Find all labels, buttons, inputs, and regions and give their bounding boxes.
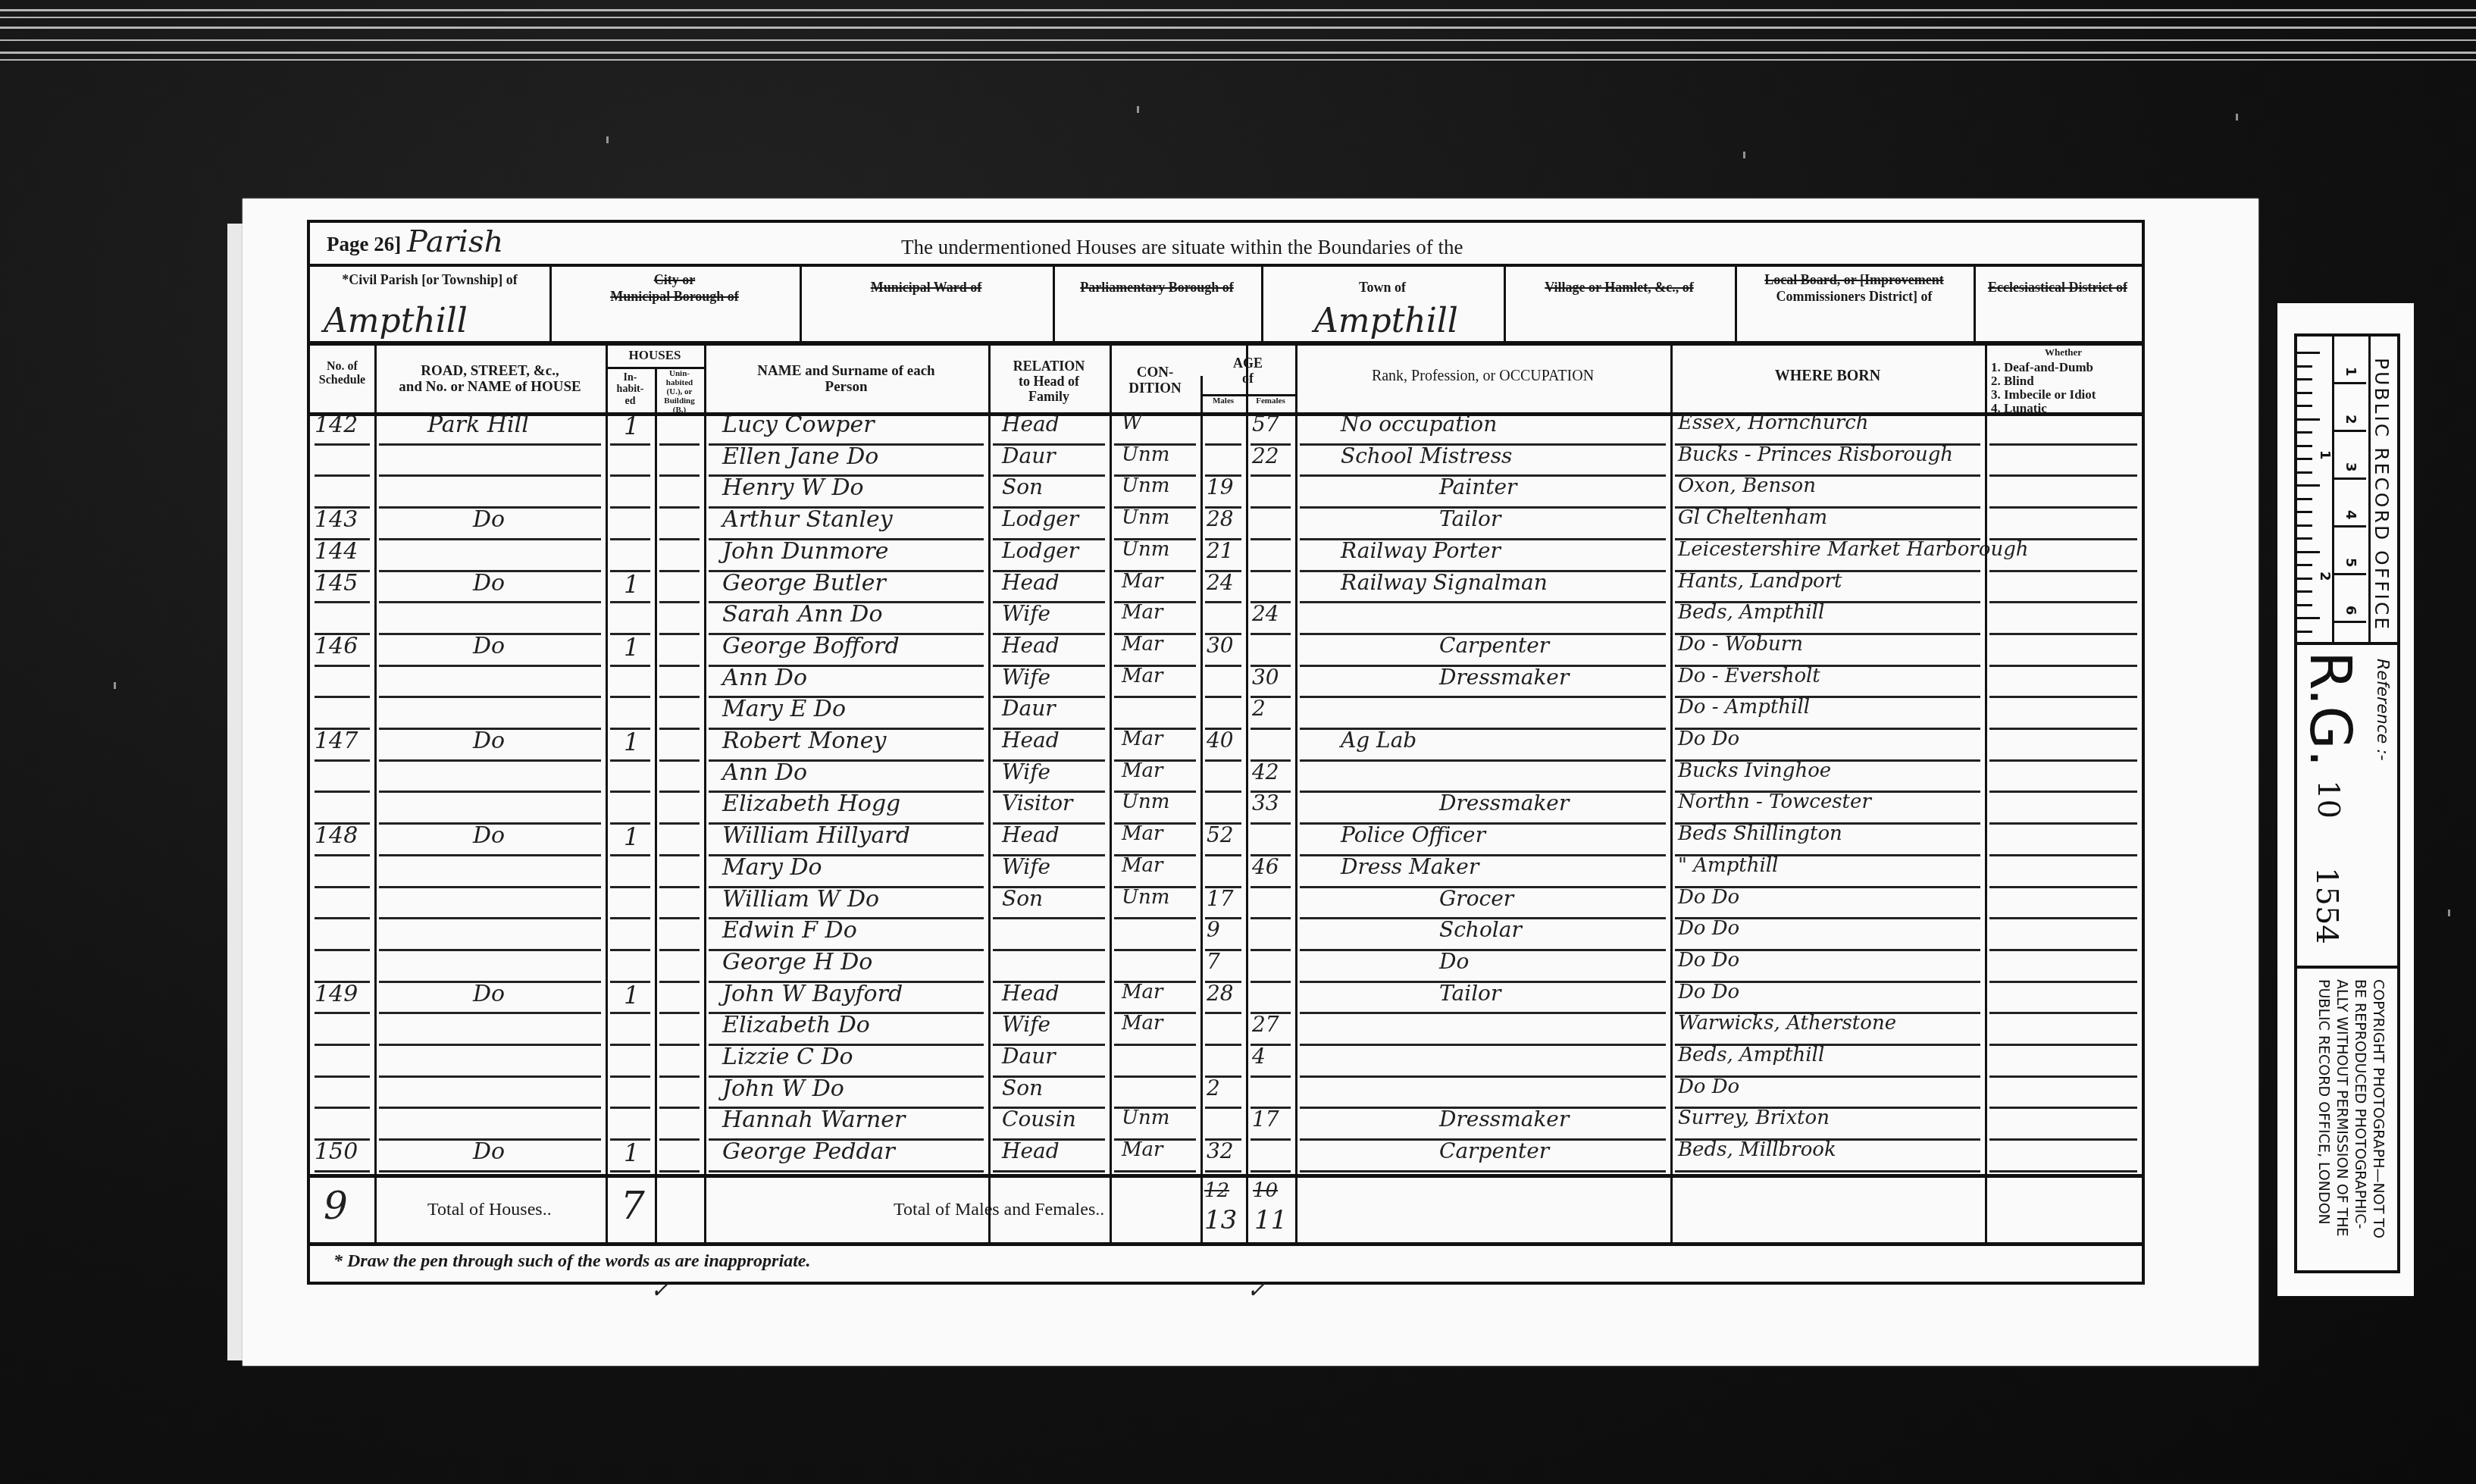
copyright-line: PUBLIC RECORD OFFICE, LONDON — [2315, 979, 2332, 1225]
cell-schedule: 147 — [315, 728, 358, 754]
cell-where-born: Oxon, Benson — [1678, 474, 1816, 497]
column-header: habit- — [606, 384, 655, 396]
cell-where-born: Beds Shillington — [1678, 822, 1842, 845]
row-rule — [659, 633, 700, 635]
cell-condition: Mar — [1122, 633, 1163, 656]
row-rule — [1205, 1044, 1241, 1046]
row-rule — [610, 1012, 650, 1014]
cell-occupation: Dressmaker — [1439, 1107, 1569, 1132]
cell-schedule: 144 — [315, 538, 358, 565]
total-houses-inhabited: 7 — [621, 1184, 645, 1228]
cell-occupation: Dress Maker — [1341, 854, 1479, 879]
row-rule — [1251, 570, 1291, 572]
row-rule — [659, 443, 700, 446]
row-rule — [610, 474, 650, 477]
cell-relation: Son — [1002, 474, 1043, 499]
row-rule — [659, 949, 700, 951]
cell-schedule: 150 — [315, 1138, 358, 1165]
row-rule — [659, 474, 700, 477]
row-rule — [659, 886, 700, 888]
cell-where-born: Beds, Millbrook — [1678, 1138, 1836, 1161]
cell-where-born: Do - Eversholt — [1678, 665, 1820, 687]
scale-box: 5 — [2332, 528, 2366, 575]
row-rule — [610, 791, 650, 793]
cell-where-born: Essex, Hornchurch — [1678, 412, 1869, 434]
row-rule — [659, 1170, 700, 1172]
cell-female-age: 4 — [1252, 1044, 1266, 1069]
cell-relation: Visitor — [1002, 791, 1073, 816]
row-rule — [659, 822, 700, 825]
row-rule — [1251, 1075, 1291, 1078]
column-header: habited — [655, 379, 704, 388]
row-rule — [1114, 1075, 1196, 1078]
total-schedules: 9 — [324, 1184, 348, 1228]
ruler-tick — [2297, 431, 2312, 434]
cell-occupation: Do — [1439, 949, 1469, 974]
column-header: RELATION — [988, 359, 1110, 374]
scale-number: 3 — [2343, 462, 2359, 472]
row-rule — [379, 474, 601, 477]
row-rule — [1989, 696, 2137, 698]
row-rule — [610, 601, 650, 603]
cell-relation: Daur — [1002, 1044, 1056, 1069]
cell-relation: Head — [1002, 728, 1060, 753]
cell-name: John W Bayford — [722, 981, 903, 1007]
copyright-line: BE REPRODUCED PHOTOGRAPHIC- — [2352, 979, 2368, 1229]
location-label: Commissioners District] of — [1735, 290, 1974, 304]
row-rule — [1989, 474, 2137, 477]
ruler-tick — [2297, 537, 2312, 540]
cell-where-born: Do Do — [1678, 917, 1739, 940]
column-divider — [374, 346, 377, 1242]
cell-schedule: 149 — [315, 981, 358, 1007]
row-rule — [1251, 633, 1291, 635]
location-divider — [800, 267, 802, 341]
cell-where-born: Beds, Ampthill — [1678, 1044, 1824, 1066]
cell-occupation: Dressmaker — [1439, 665, 1569, 690]
row-rule — [1300, 696, 1666, 698]
ruler-tick — [2297, 352, 2320, 354]
cell-where-born: " Ampthill — [1678, 854, 1778, 877]
cell-occupation: Ag Lab — [1341, 728, 1416, 753]
cell-female-age: 46 — [1252, 854, 1279, 879]
row-rule — [1205, 1012, 1241, 1014]
row-rule — [315, 791, 370, 793]
cell-where-born: Hants, Landport — [1678, 570, 1842, 593]
scale-number: 2 — [2343, 415, 2359, 424]
ruler-tick — [2297, 617, 2320, 619]
row-rule — [1300, 759, 1666, 762]
row-rule — [1989, 633, 2137, 635]
cell-female-age: 57 — [1252, 412, 1279, 437]
row-rule — [610, 1044, 650, 1046]
ruler-tick — [2297, 511, 2312, 513]
cell-occupation: No occupation — [1341, 412, 1497, 437]
cell-where-born: Do Do — [1678, 981, 1739, 1003]
column-header: Family — [988, 390, 1110, 404]
column-divider — [988, 346, 991, 1242]
total-houses-label: Total of Houses.. — [427, 1201, 552, 1219]
cell-occupation: Tailor — [1439, 506, 1501, 531]
census-form: Page 26] Parish The undermentioned House… — [307, 220, 2145, 1285]
column-header: No. of — [310, 361, 374, 374]
cell-relation: Son — [1002, 1075, 1043, 1100]
row-rule — [1300, 1012, 1666, 1014]
cell-relation: Daur — [1002, 443, 1056, 468]
row-rule — [659, 1107, 700, 1109]
row-rule — [610, 1075, 650, 1078]
row-rule — [610, 443, 650, 446]
column-divider — [1200, 376, 1203, 1242]
location-field: Municipal Ward of — [800, 268, 1053, 341]
row-rule — [659, 538, 700, 540]
cell-road: Do — [473, 1138, 505, 1165]
row-rule — [659, 854, 700, 856]
row-rule — [1251, 474, 1291, 477]
row-rule — [379, 1044, 601, 1046]
row-rule — [1989, 506, 2137, 509]
row-rule — [1251, 728, 1291, 730]
location-field: *Civil Parish [or Township] ofAmpthill — [310, 268, 549, 341]
cell-occupation: Painter — [1439, 474, 1517, 499]
row-rule — [1989, 1044, 2137, 1046]
row-rule — [1300, 601, 1666, 603]
cell-condition: Unm — [1122, 538, 1169, 561]
cell-condition: Mar — [1122, 1138, 1163, 1161]
cell-female-age: 24 — [1252, 601, 1279, 626]
scale-box: 4 — [2332, 480, 2366, 528]
ruler-tick — [2297, 564, 2312, 566]
row-rule — [993, 949, 1105, 951]
row-rule — [659, 791, 700, 793]
row-rule — [1205, 665, 1241, 667]
row-rule — [709, 1170, 984, 1172]
cell-name: Ann Do — [722, 665, 807, 691]
row-rule — [610, 886, 650, 888]
cell-relation: Lodger — [1002, 538, 1078, 563]
row-rule — [1205, 791, 1241, 793]
row-rule — [379, 665, 601, 667]
scale-box: 3 — [2332, 432, 2366, 480]
cell-condition: Mar — [1122, 665, 1163, 687]
column-header: 3. Imbecile or Idiot — [1991, 388, 2096, 402]
cell-relation: Son — [1002, 886, 1043, 911]
cell-condition: Unm — [1122, 506, 1169, 529]
cell-condition: Mar — [1122, 981, 1163, 1003]
cell-road: Do — [473, 506, 505, 533]
location-label: Parliamentary Borough of — [1053, 280, 1261, 295]
cell-road: Do — [473, 728, 505, 754]
ruler-tick — [2297, 392, 2312, 394]
cell-relation: Wife — [1002, 759, 1050, 784]
column-header: Males — [1200, 397, 1246, 406]
cell-name: Mary E Do — [722, 696, 846, 722]
row-rule — [1114, 949, 1196, 951]
cell-where-born: Bucks Ivinghoe — [1678, 759, 1831, 782]
cell-where-born: Gl Cheltenham — [1678, 506, 1827, 529]
row-rule — [1989, 1107, 2137, 1109]
row-rule — [1251, 506, 1291, 509]
column-header: Building — [655, 397, 704, 406]
column-header: WHERE BORN — [1670, 368, 1985, 384]
cell-female-age: 42 — [1252, 759, 1279, 784]
cell-occupation: Railway Signalman — [1341, 570, 1548, 595]
row-rule — [659, 506, 700, 509]
total-females-struck: 10 — [1253, 1179, 1278, 1202]
row-rule — [315, 917, 370, 919]
cell-condition: Mar — [1122, 728, 1163, 750]
reference-card: 12 123456 PUBLIC RECORD OFFICE Reference… — [2277, 303, 2414, 1296]
cell-where-born: Beds, Ampthill — [1678, 601, 1824, 624]
tick-mark: ✓ — [650, 1277, 669, 1304]
row-rule — [1251, 886, 1291, 888]
row-rule — [610, 1170, 650, 1172]
cell-inhabited: 1 — [624, 1138, 639, 1167]
cell-female-age: 2 — [1252, 696, 1266, 721]
column-header: NAME and Surname of each — [704, 364, 988, 379]
cell-occupation: Scholar — [1439, 917, 1522, 942]
row-rule — [659, 696, 700, 698]
cell-schedule: 142 — [315, 412, 358, 438]
column-divider — [655, 368, 657, 1242]
column-header: Schedule — [310, 374, 374, 387]
row-rule — [1205, 1107, 1241, 1109]
row-rule — [1251, 822, 1291, 825]
row-rule — [379, 443, 601, 446]
cell-relation: Lodger — [1002, 506, 1078, 531]
cell-condition: Unm — [1122, 1107, 1169, 1129]
row-rule — [993, 917, 1105, 919]
ruler-tick — [2297, 604, 2312, 606]
row-rule — [379, 854, 601, 856]
cell-relation: Head — [1002, 570, 1060, 595]
location-label: Village or Hamlet, &c., of — [1504, 280, 1735, 295]
location-value: Ampthill — [324, 302, 468, 340]
cell-where-born: Do - Woburn — [1678, 633, 1803, 656]
cell-occupation: Grocer — [1439, 886, 1513, 911]
age-group-rule — [1200, 394, 1295, 396]
row-rule — [315, 854, 370, 856]
row-rule — [1205, 854, 1241, 856]
cell-relation: Head — [1002, 412, 1060, 437]
cell-relation: Head — [1002, 981, 1060, 1006]
scale-number: 4 — [2343, 510, 2359, 520]
cell-occupation: Carpenter — [1439, 633, 1549, 658]
row-rule — [1205, 696, 1241, 698]
boundary-title: The undermentioned Houses are situate wi… — [901, 236, 1463, 258]
cell-name: William Hillyard — [722, 822, 910, 849]
column-header: In- — [606, 373, 655, 384]
cell-name: George Peddar — [722, 1138, 895, 1165]
cell-male-age: 40 — [1207, 728, 1234, 753]
row-rule — [1989, 917, 2137, 919]
cell-inhabited: 1 — [624, 412, 639, 440]
row-rule — [1114, 1044, 1196, 1046]
ruler-tick — [2297, 458, 2312, 460]
cell-condition: Unm — [1122, 474, 1169, 497]
cell-occupation: Railway Porter — [1341, 538, 1501, 563]
column-header: 1. Deaf-and-Dumb — [1991, 361, 2093, 374]
cell-schedule: 143 — [315, 506, 358, 533]
row-rule — [1300, 1044, 1666, 1046]
column-divider — [1670, 346, 1673, 1242]
ruler-tick — [2297, 484, 2320, 487]
row-rule — [993, 1170, 1105, 1172]
cell-female-age: 22 — [1252, 443, 1279, 468]
row-rule — [610, 538, 650, 540]
cell-relation: Head — [1002, 633, 1060, 658]
column-header: Females — [1246, 397, 1295, 406]
row-rule — [659, 917, 700, 919]
row-rule — [610, 696, 650, 698]
row-rule — [1675, 1170, 1980, 1172]
piece-number: 1554 — [2309, 867, 2344, 944]
column-header: Rank, Profession, or OCCUPATION — [1295, 368, 1670, 384]
cell-inhabited: 1 — [624, 981, 639, 1010]
row-rule — [1989, 601, 2137, 603]
location-label: Municipal Ward of — [800, 280, 1053, 295]
location-field: Ecclesiastical District of — [1974, 268, 2142, 341]
ruler-tick — [2297, 524, 2312, 527]
cell-where-born: Bucks - Princes Risborough — [1678, 443, 1953, 466]
cell-male-age: 28 — [1207, 506, 1234, 531]
cell-male-age: 21 — [1207, 538, 1234, 563]
cell-inhabited: 1 — [624, 633, 639, 662]
location-value: Ampthill — [1314, 302, 1458, 340]
row-rule — [379, 1012, 601, 1014]
row-rule — [1989, 570, 2137, 572]
row-rule — [1251, 1170, 1291, 1172]
copyright-line: COPYRIGHT PHOTOGRAPH—NOT TO — [2370, 979, 2387, 1238]
location-divider — [549, 267, 552, 341]
location-divider — [1974, 267, 1976, 341]
cell-name: William W Do — [722, 886, 879, 913]
ruler-mark: 2 — [2317, 571, 2333, 581]
scale-number: 5 — [2343, 558, 2359, 568]
cell-female-age: 33 — [1252, 791, 1279, 816]
cell-where-born: Do - Ampthill — [1678, 696, 1810, 719]
cell-condition: Mar — [1122, 570, 1163, 593]
row-rule — [659, 1044, 700, 1046]
reference-card-frame: 12 123456 PUBLIC RECORD OFFICE Reference… — [2294, 333, 2400, 1273]
row-rule — [1114, 696, 1196, 698]
cell-male-age: 9 — [1207, 917, 1220, 942]
total-persons-label: Total of Males and Females.. — [894, 1201, 1104, 1219]
location-field: City orMunicipal Borough of — [549, 268, 800, 341]
location-divider — [1053, 267, 1055, 341]
cell-condition: Mar — [1122, 601, 1163, 624]
row-rule — [1300, 1075, 1666, 1078]
cell-schedule: 148 — [315, 822, 358, 849]
cell-male-age: 28 — [1207, 981, 1234, 1006]
row-rule — [1989, 854, 2137, 856]
row-rule — [1205, 601, 1241, 603]
row-rule — [379, 949, 601, 951]
cell-name: Hannah Warner — [722, 1107, 905, 1133]
row-rule — [659, 759, 700, 762]
copyright-line: ALLY WITHOUT PERMISSION OF THE — [2334, 979, 2350, 1237]
cell-male-age: 7 — [1207, 949, 1220, 974]
ruler-tick — [2297, 498, 2312, 500]
cell-schedule: 145 — [315, 570, 358, 596]
cell-name: Edwin F Do — [722, 917, 857, 944]
row-rule — [659, 728, 700, 730]
row-rule — [610, 917, 650, 919]
row-rule — [1114, 1170, 1196, 1172]
row-rule — [1251, 981, 1291, 983]
cell-occupation: Tailor — [1439, 981, 1501, 1006]
row-rule — [315, 886, 370, 888]
row-rule — [1251, 538, 1291, 540]
column-header: to Head of — [988, 374, 1110, 389]
ruler-tick — [2297, 578, 2312, 580]
cell-condition: Unm — [1122, 886, 1169, 909]
cell-male-age: 19 — [1207, 474, 1234, 499]
row-rule — [315, 1044, 370, 1046]
column-divider — [704, 346, 706, 1242]
row-rule — [379, 696, 601, 698]
cell-occupation: Carpenter — [1439, 1138, 1549, 1163]
cell-where-born: Do Do — [1678, 886, 1739, 909]
cell-inhabited: 1 — [624, 728, 639, 756]
ruler-tick — [2297, 418, 2320, 421]
row-rule — [1989, 886, 2137, 888]
row-rule — [315, 696, 370, 698]
row-rule — [1989, 1012, 2137, 1014]
scale-number: 1 — [2343, 367, 2359, 377]
row-rule — [315, 759, 370, 762]
cell-where-born: Do Do — [1678, 949, 1739, 972]
location-label: *Civil Parish [or Township] of — [310, 273, 549, 287]
ruler-tick — [2297, 405, 2312, 407]
row-rule — [1251, 917, 1291, 919]
cell-male-age: 24 — [1207, 570, 1234, 595]
cell-road: Do — [473, 822, 505, 849]
cell-where-born: Warwicks, Atherstone — [1678, 1012, 1896, 1035]
column-header: ROAD, STREET, &c., — [374, 364, 606, 379]
ruler-tick — [2297, 551, 2320, 553]
cell-name: George Butler — [722, 570, 886, 596]
column-header: (U.), or — [655, 388, 704, 397]
cell-occupation: Police Officer — [1341, 822, 1485, 847]
ruler-tick — [2297, 590, 2312, 593]
cell-relation: Wife — [1002, 665, 1050, 690]
row-rule — [379, 1170, 601, 1172]
row-rule — [1300, 949, 1666, 951]
cell-condition: Mar — [1122, 1012, 1163, 1035]
row-rule — [659, 570, 700, 572]
cell-name: Ellen Jane Do — [722, 443, 878, 470]
cell-name: Henry W Do — [722, 474, 864, 501]
location-divider — [1261, 267, 1263, 341]
ruler-tick — [2297, 471, 2312, 474]
row-rule — [315, 1170, 370, 1172]
row-rule — [1205, 443, 1241, 446]
column-header: Whether — [1985, 347, 2142, 358]
copyright-notice: COPYRIGHT PHOTOGRAPH—NOT TOBE REPRODUCED… — [2297, 972, 2397, 1267]
column-divider — [1110, 346, 1112, 1242]
row-rule — [379, 1075, 601, 1078]
row-rule — [659, 1075, 700, 1078]
cell-name: John W Do — [722, 1075, 844, 1102]
location-label: Municipal Borough of — [549, 290, 800, 304]
row-rule — [1989, 1075, 2137, 1078]
cell-relation: Cousin — [1002, 1107, 1076, 1132]
location-divider — [1735, 267, 1737, 341]
row-rule — [659, 981, 700, 983]
cell-male-age: 52 — [1207, 822, 1234, 847]
tick-mark: ✓ — [1247, 1277, 1266, 1304]
